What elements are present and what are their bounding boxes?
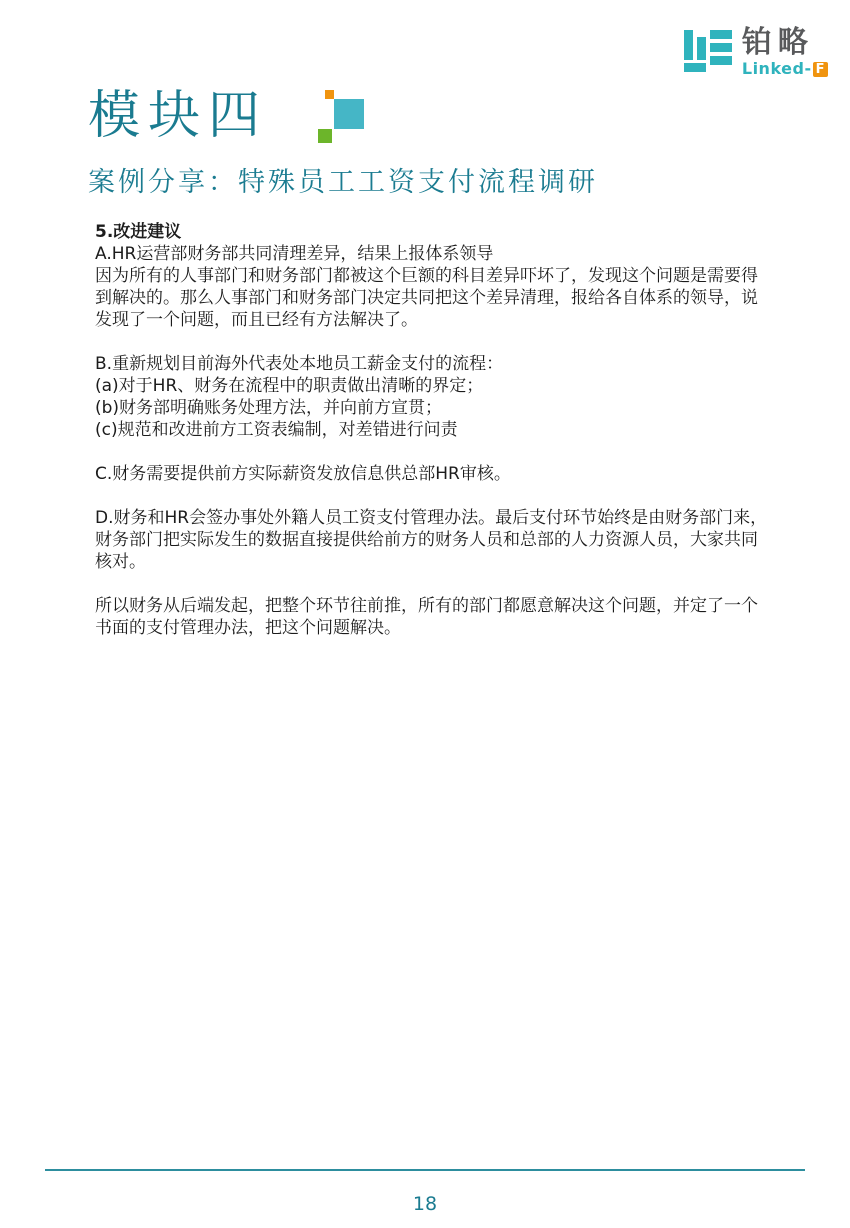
logo-block (684, 30, 693, 60)
body-line (95, 485, 800, 507)
body-line: D.财务和HR会签办事处外籍人员工资支付管理办法。最后支付环节始终是由财务部门来… (95, 507, 800, 529)
brand-name-en: Linked- F (742, 61, 828, 77)
body-line (95, 573, 800, 595)
body-line (95, 331, 800, 353)
logo-block (710, 56, 732, 65)
body-lines: A.HR运营部财务部共同清理差异，结果上报体系领导因为所有的人事部门和财务部门都… (95, 243, 800, 639)
decor-square-green (318, 129, 332, 143)
body-line (95, 441, 800, 463)
body-line: C.财务需要提供前方实际薪资发放信息供总部HR审核。 (95, 463, 800, 485)
decorative-squares (315, 88, 375, 148)
brand-logo: 铂略 Linked- F (684, 28, 828, 77)
body-line: 因为所有的人事部门和财务部门都被这个巨额的科目差异吓坏了，发现这个问题是需要得 (95, 265, 800, 287)
body-line: A.HR运营部财务部共同清理差异，结果上报体系领导 (95, 243, 800, 265)
body-line: 书面的支付管理办法，把这个问题解决。 (95, 617, 800, 639)
body-text: 5.改进建议 A.HR运营部财务部共同清理差异，结果上报体系领导因为所有的人事部… (95, 221, 800, 639)
logo-block (697, 37, 706, 60)
decor-square-orange (325, 90, 334, 99)
logo-block (710, 43, 732, 52)
decor-square-teal (334, 99, 364, 129)
logo-block (710, 30, 732, 39)
brand-name-en-prefix: Linked- (742, 61, 812, 77)
section-heading: 5.改进建议 (95, 221, 800, 243)
page-subtitle: 案例分享：特殊员工工资支付流程调研 (88, 160, 598, 199)
body-line: 到解决的。那么人事部门和财务部门决定共同把这个差异清理，报给各自体系的领导，说 (95, 287, 800, 309)
body-line: (c)规范和改进前方工资表编制，对差错进行问责 (95, 419, 800, 441)
footer-divider (45, 1169, 805, 1171)
body-line: 核对。 (95, 551, 800, 573)
brand-f-badge: F (813, 62, 828, 77)
body-line: (b)财务部明确账务处理方法，并向前方宣贯； (95, 397, 800, 419)
linked-f-blocks-icon (684, 28, 732, 72)
logo-text: 铂略 Linked- F (742, 28, 828, 77)
module-title: 模块四 (88, 88, 268, 145)
document-page: 铂略 Linked- F 模块四 案例分享：特殊员工工资支付流程调研 5.改进建… (0, 0, 850, 1228)
page-number: 18 (0, 1193, 850, 1215)
body-line: 发现了一个问题，而且已经有方法解决了。 (95, 309, 800, 331)
brand-name-cn: 铂略 (742, 28, 828, 58)
body-line: B.重新规划目前海外代表处本地员工薪金支付的流程： (95, 353, 800, 375)
body-line: (a)对于HR、财务在流程中的职责做出清晰的界定； (95, 375, 800, 397)
body-line: 所以财务从后端发起，把整个环节往前推，所有的部门都愿意解决这个问题，并定了一个 (95, 595, 800, 617)
logo-block (684, 63, 706, 72)
body-line: 财务部门把实际发生的数据直接提供给前方的财务人员和总部的人力资源人员，大家共同 (95, 529, 800, 551)
